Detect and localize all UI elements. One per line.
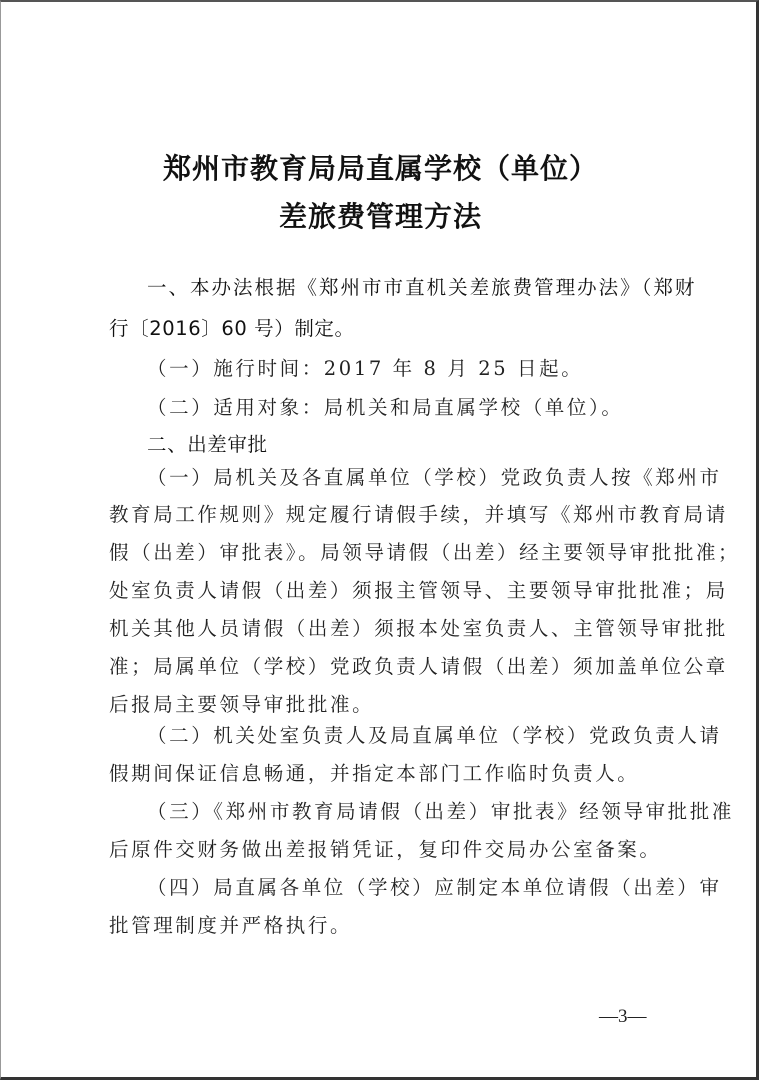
paragraph-line: （二）机关处室负责人及局直属单位（学校）党政负责人请 <box>147 720 695 748</box>
page-number: —3— <box>599 1006 647 1028</box>
paragraph-line: 后原件交财务做出差报销凭证，复印件交局办公室备案。 <box>109 834 657 862</box>
paragraph-line: （四）局直属各单位（学校）应制定本单位请假（出差）审 <box>147 872 695 900</box>
section-2-heading: 二、出差审批 <box>147 429 695 457</box>
paragraph-line: 准；局属单位（学校）党政负责人请假（出差）须加盖单位公章 <box>109 651 657 679</box>
section-1-heading-cont: 行〔2016〕60 号）制定。 <box>109 313 657 341</box>
paragraph-line: 后报局主要领导审批批准。 <box>109 689 657 717</box>
document-page: 郑州市教育局局直属学校（单位） 差旅费管理方法 一、本办法根据《郑州市市直机关差… <box>0 0 759 1080</box>
section-1-heading: 一、本办法根据《郑州市市直机关差旅费管理办法》（郑财 <box>147 272 695 300</box>
paragraph-line: 批管理制度并严格执行。 <box>109 910 657 938</box>
document-title-line-2: 差旅费管理方法 <box>1 195 759 235</box>
paragraph-line: 假（出差）审批表》。局领导请假（出差）经主要领导审批批准； <box>109 537 657 565</box>
paragraph-line: （一）局机关及各直属单位（学校）党政负责人按《郑州市 <box>147 462 695 490</box>
section-1-item-2: （二）适用对象：局机关和局直属学校（单位）。 <box>147 392 695 420</box>
paragraph-line: 假期间保证信息畅通，并指定本部门工作临时负责人。 <box>109 758 657 786</box>
paragraph-line: 处室负责人请假（出差）须报主管领导、主要领导审批批准；局 <box>109 575 657 603</box>
paragraph-line: （三）《郑州市教育局请假（出差）审批表》经领导审批批准 <box>147 796 695 824</box>
paragraph-line: 教育局工作规则》规定履行请假手续，并填写《郑州市教育局请 <box>109 499 657 527</box>
paragraph-line: 机关其他人员请假（出差）须报本处室负责人、主管领导审批批 <box>109 613 657 641</box>
document-title-line-1: 郑州市教育局局直属学校（单位） <box>1 147 759 187</box>
section-1-item-1: （一）施行时间：2017 年 8 月 25 日起。 <box>147 353 695 381</box>
